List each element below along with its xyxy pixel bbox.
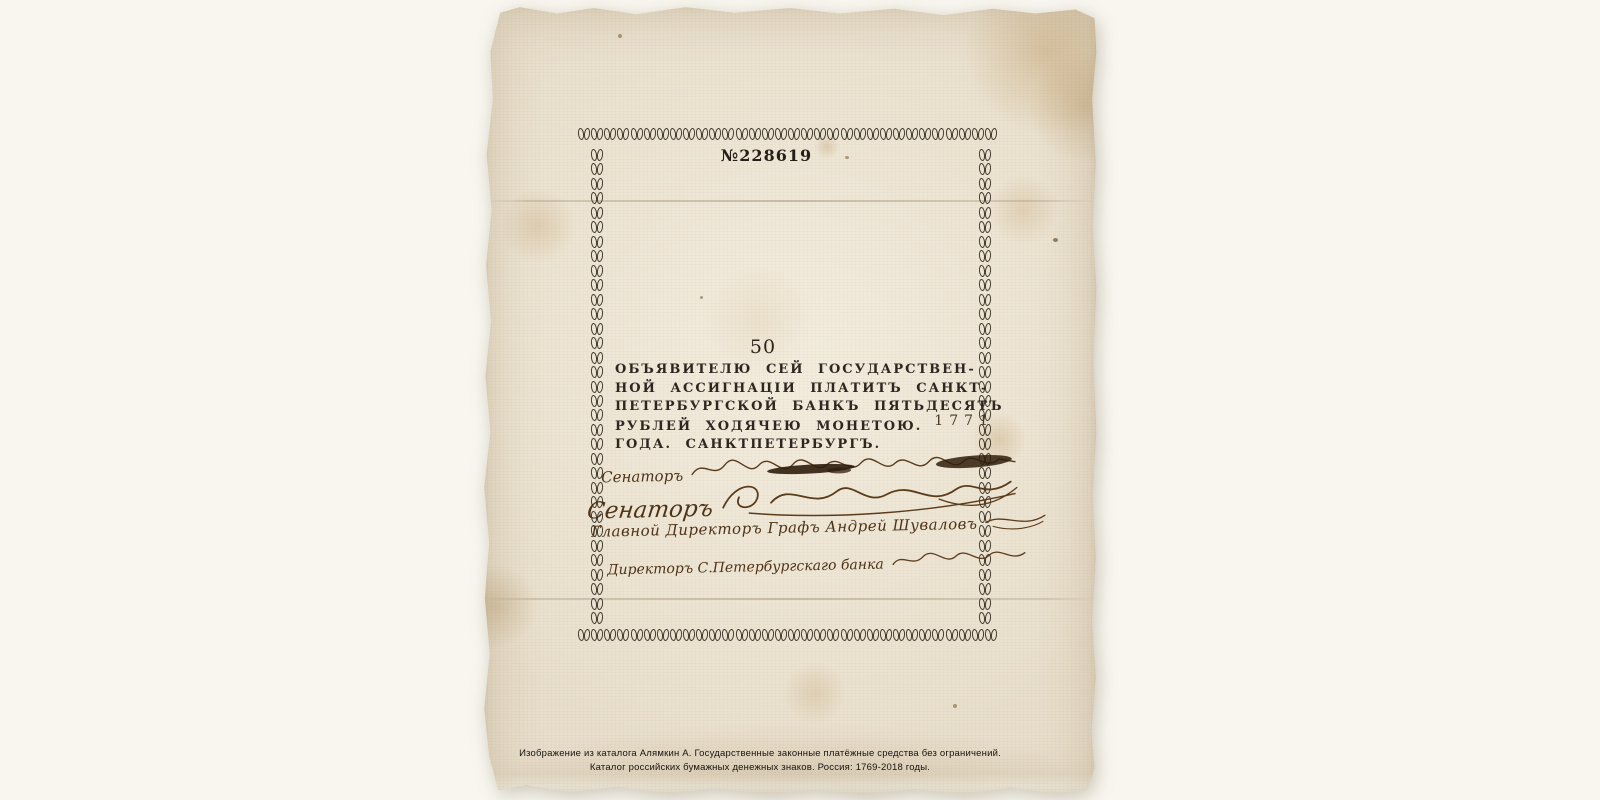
catalog-caption-line-2: Каталог российских бумажных денежных зна… — [483, 761, 1037, 775]
border-ornament — [749, 628, 761, 641]
banknote-paper-wrap: №228619 50 ОБЪЯВИТЕЛЮ СЕЙ ГОСУДАРСТВЕН- … — [0, 0, 1600, 800]
paper-stain-speck — [700, 296, 703, 299]
border-ornament — [979, 351, 991, 364]
border-ornament — [959, 628, 971, 641]
border-ornament — [644, 628, 656, 641]
border-ornament — [604, 628, 616, 641]
border-ornament — [979, 611, 991, 624]
border-ornament — [591, 553, 603, 566]
border-ornament — [736, 628, 748, 641]
border-ornament — [801, 127, 813, 140]
border-ornament — [979, 177, 991, 190]
text-line-fragment: РУБЛЕЙ ХОДЯЧЕЮ МОНЕТОЮ. — [615, 419, 922, 434]
border-ornament — [827, 628, 839, 641]
border-ornament — [591, 127, 603, 140]
text-line: НОЙ АССИГНАЦІИ ПЛАТИТЪ САНКТ- — [615, 380, 975, 399]
border-ornament — [985, 628, 997, 641]
border-ornament — [979, 336, 991, 349]
border-ornament — [591, 220, 603, 233]
border-ornament — [591, 365, 603, 378]
border-ornament-row-top — [578, 126, 997, 140]
border-ornament — [979, 365, 991, 378]
border-ornament — [788, 127, 800, 140]
paper-stain-speck — [1053, 238, 1058, 242]
border-ornament — [946, 628, 958, 641]
border-ornament — [591, 293, 603, 306]
border-ornament — [578, 628, 590, 641]
border-ornament — [591, 611, 603, 624]
border-ornament — [591, 206, 603, 219]
signature-scrawl — [983, 509, 1049, 532]
border-ornament — [591, 568, 603, 581]
border-ornament — [591, 191, 603, 204]
border-ornament — [604, 127, 616, 140]
border-ornament — [919, 628, 931, 641]
border-ornament — [979, 220, 991, 233]
signature-label: Главной Директоръ Графъ Андрей Шуваловъ — [591, 515, 978, 541]
border-ornament — [979, 264, 991, 277]
border-ornament — [854, 127, 866, 140]
border-ornament — [814, 628, 826, 641]
border-ornament — [722, 628, 734, 641]
border-ornament — [979, 582, 991, 595]
border-ornament — [906, 127, 918, 140]
border-ornament — [972, 628, 984, 641]
year-handwritten: 1771 — [934, 412, 994, 431]
border-ornament — [591, 380, 603, 393]
border-ornament — [591, 582, 603, 595]
border-ornament — [670, 127, 682, 140]
border-ornament — [854, 628, 866, 641]
border-ornament — [932, 628, 944, 641]
border-ornament — [578, 127, 590, 140]
border-ornament — [591, 628, 603, 641]
border-ornament — [591, 351, 603, 364]
border-ornament — [591, 249, 603, 262]
border-ornament — [867, 127, 879, 140]
paper-stain-speck — [618, 34, 622, 38]
border-ornament — [932, 127, 944, 140]
border-ornament — [591, 394, 603, 407]
border-ornament — [979, 235, 991, 248]
border-ornament — [979, 597, 991, 610]
border-ornament — [631, 127, 643, 140]
border-ornament — [591, 307, 603, 320]
border-ornament — [979, 148, 991, 161]
text-line: ПЕТЕРБУРГСКОЙ БАНКЪ ПЯТЬДЕСЯТЪ — [615, 398, 975, 417]
page-background: №228619 50 ОБЪЯВИТЕЛЮ СЕЙ ГОСУДАРСТВЕН- … — [0, 0, 1600, 800]
border-ornament — [644, 127, 656, 140]
border-ornament — [880, 628, 892, 641]
border-ornament — [670, 628, 682, 641]
border-ornament — [709, 628, 721, 641]
border-ornament — [657, 127, 669, 140]
border-ornament — [979, 249, 991, 262]
border-ornament — [893, 127, 905, 140]
border-ornament — [801, 628, 813, 641]
signature-row-bank-director: Директоръ С.Петербургскаго банка — [607, 546, 1030, 579]
banknote-obligation-text: ОБЪЯВИТЕЛЮ СЕЙ ГОСУДАРСТВЕН- НОЙ АССИГНА… — [615, 361, 975, 455]
border-ornament — [841, 628, 853, 641]
paper-stain-speck — [953, 704, 957, 708]
border-ornament — [979, 162, 991, 175]
signature-label: Директоръ С.Петербургскаго банка — [607, 557, 884, 579]
border-ornament — [683, 628, 695, 641]
border-ornament — [591, 278, 603, 291]
denomination-value: 50 — [738, 336, 788, 358]
border-ornament — [591, 336, 603, 349]
border-ornament — [591, 597, 603, 610]
signature-scrawl — [889, 546, 1029, 573]
border-ornament — [841, 127, 853, 140]
text-line: РУБЛЕЙ ХОДЯЧЕЮ МОНЕТОЮ.1771 — [615, 417, 975, 437]
border-ornament — [788, 628, 800, 641]
border-ornament — [617, 127, 629, 140]
border-ornament — [591, 408, 603, 421]
paper-crease — [483, 200, 1097, 202]
border-ornament — [762, 628, 774, 641]
border-ornament — [657, 628, 669, 641]
border-ornament — [722, 127, 734, 140]
paper-crease — [483, 598, 1097, 600]
catalog-caption-line-1: Изображение из каталога Алямкин А. Госуд… — [483, 747, 1037, 761]
border-ornament-column-left — [590, 148, 603, 624]
border-ornament — [979, 322, 991, 335]
border-ornament — [591, 177, 603, 190]
border-ornament — [827, 127, 839, 140]
border-ornament — [591, 322, 603, 335]
border-ornament — [749, 127, 761, 140]
serial-number: №228619 — [556, 146, 977, 165]
border-ornament — [979, 293, 991, 306]
border-ornament — [906, 628, 918, 641]
border-ornament — [814, 127, 826, 140]
catalog-caption: Изображение из каталога Алямкин А. Госуд… — [483, 747, 1037, 775]
border-ornament — [591, 264, 603, 277]
text-line: ОБЪЯВИТЕЛЮ СЕЙ ГОСУДАРСТВЕН- — [615, 361, 975, 380]
border-ornament — [979, 278, 991, 291]
border-ornament — [919, 127, 931, 140]
banknote-paper: №228619 50 ОБЪЯВИТЕЛЮ СЕЙ ГОСУДАРСТВЕН- … — [483, 4, 1097, 796]
border-ornament — [775, 628, 787, 641]
border-ornament — [985, 127, 997, 140]
border-ornament — [591, 423, 603, 436]
border-ornament — [959, 127, 971, 140]
border-ornament — [762, 127, 774, 140]
border-ornament — [696, 628, 708, 641]
border-ornament — [775, 127, 787, 140]
border-ornament — [893, 628, 905, 641]
border-ornament — [709, 127, 721, 140]
border-ornament — [617, 628, 629, 641]
border-ornament — [880, 127, 892, 140]
border-ornament — [591, 437, 603, 450]
border-ornament — [867, 628, 879, 641]
border-ornament — [979, 191, 991, 204]
border-ornament — [736, 127, 748, 140]
border-ornament-row-bottom — [578, 627, 997, 641]
border-ornament — [696, 127, 708, 140]
border-ornament — [683, 127, 695, 140]
border-ornament — [591, 235, 603, 248]
border-ornament — [979, 206, 991, 219]
border-ornament — [631, 628, 643, 641]
border-ornament — [972, 127, 984, 140]
border-ornament — [979, 307, 991, 320]
border-ornament — [946, 127, 958, 140]
